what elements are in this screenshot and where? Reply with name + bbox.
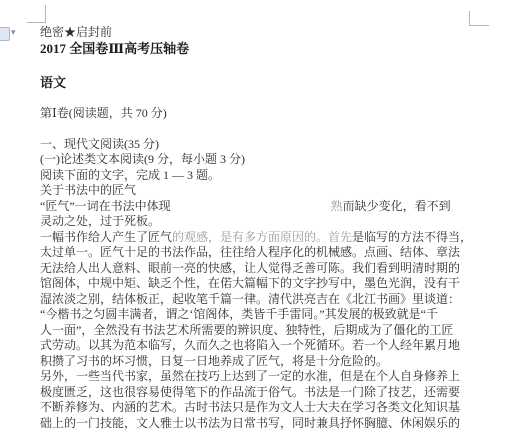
doc-line <box>40 90 492 106</box>
doc-line <box>40 121 492 137</box>
doc-line: 一、现代文阅读(35 分) <box>40 137 492 153</box>
doc-line: 阅读下面的文字，完成 1 — 3 题。 <box>40 168 492 184</box>
text-segment: “匠气”一词在书法中体现 <box>40 199 171 213</box>
chevron-down-icon[interactable]: ▾ <box>11 27 16 39</box>
doc-line: 馆阁体，中规中矩、缺乏个性，在偌大篇幅下的文字抄写中，墨色光润，没有干 <box>40 276 492 292</box>
doc-line: 太过单一。匠气十足的书法作品，往往给人程序化的机械感。点画、结体、章法 <box>40 245 492 261</box>
doc-line: 积攒了习书的坏习惯，日复一日地养成了匠气，将是十分危险的。 <box>40 354 492 370</box>
text-segment: 是临写的方法不得当， <box>352 230 472 244</box>
doc-line: “匠气”一词在书法中体现熟而缺少变化，看不到 <box>40 199 492 215</box>
document-body: 绝密★启封前2017 全国卷Ⅲ高考压轴卷 语文 第Ⅰ卷(阅读题，共 70 分) … <box>40 25 492 431</box>
doc-line: 不断养修为、内涵的艺术。古时书法只是作为文人士大夫在学习各类文化知识基 <box>40 400 492 416</box>
doc-line: 关于书法中的匠气 <box>40 183 492 199</box>
paste-options-icon[interactable] <box>0 27 10 41</box>
doc-line: 础上的一门技能，文人雅士以书法为日常书写，同时兼具抒怀胸臆、休闲娱乐的 <box>40 416 492 432</box>
doc-line: 2017 全国卷Ⅲ高考压轴卷 <box>40 41 492 57</box>
doc-line: 极度匮乏，这也很容易使得笔下的作品流于俗气。书法是一门除了技艺，还需要 <box>40 385 492 401</box>
doc-line: 人一面”，全然没有书法艺术所需要的辨识度、独特性，后期成为了僵化的工匠 <box>40 323 492 339</box>
page-margin-mark-top-right <box>469 11 489 26</box>
text-segment: 一幅书作给人产生了匠气 <box>40 230 172 244</box>
doc-line <box>40 56 492 72</box>
word-page: ▾ 绝密★启封前2017 全国卷Ⅲ高考压轴卷 语文 第Ⅰ卷(阅读题，共 70 分… <box>0 0 520 433</box>
text-segment: 熟 <box>331 199 343 213</box>
doc-line: 第Ⅰ卷(阅读题，共 70 分) <box>40 106 492 122</box>
doc-line: 式劳动。以其为范本临写，久而久之也将陷入一个死循环。若一个人经年累月地 <box>40 338 492 354</box>
doc-line: 一幅书作给人产生了匠气的观感，是有多方面原因的。首先是临写的方法不得当， <box>40 230 492 246</box>
doc-line: 绝密★启封前 <box>40 25 492 41</box>
doc-line: (一)论述类文本阅读(9 分，每小题 3 分) <box>40 152 492 168</box>
doc-line: 灵动之处，过于死板。 <box>40 214 492 230</box>
doc-line: 另外，一些当代书家，虽然在技巧上达到了一定的水准，但是在个人自身修养上 <box>40 369 492 385</box>
doc-line: 湿浓淡之别，结体板正，起收笔千篇一律。清代洪亮吉在《北江书画》里谈道： <box>40 292 492 308</box>
doc-line: 语文 <box>40 75 492 91</box>
doc-line: 无法给人出人意料、眼前一亮的快感，让人觉得乏善可陈。我们看到明清时期的 <box>40 261 492 277</box>
text-segment: 而缺少变化，看不到 <box>343 199 451 213</box>
page-margin-mark-top-left <box>27 5 46 23</box>
doc-line: “今楷书之匀圆丰满者，谓之‘馆阁体，类皆千手雷同。”其发展的极致就是“千 <box>40 307 492 323</box>
text-segment: 的观感，是有多方面原因的。首先 <box>172 230 352 244</box>
